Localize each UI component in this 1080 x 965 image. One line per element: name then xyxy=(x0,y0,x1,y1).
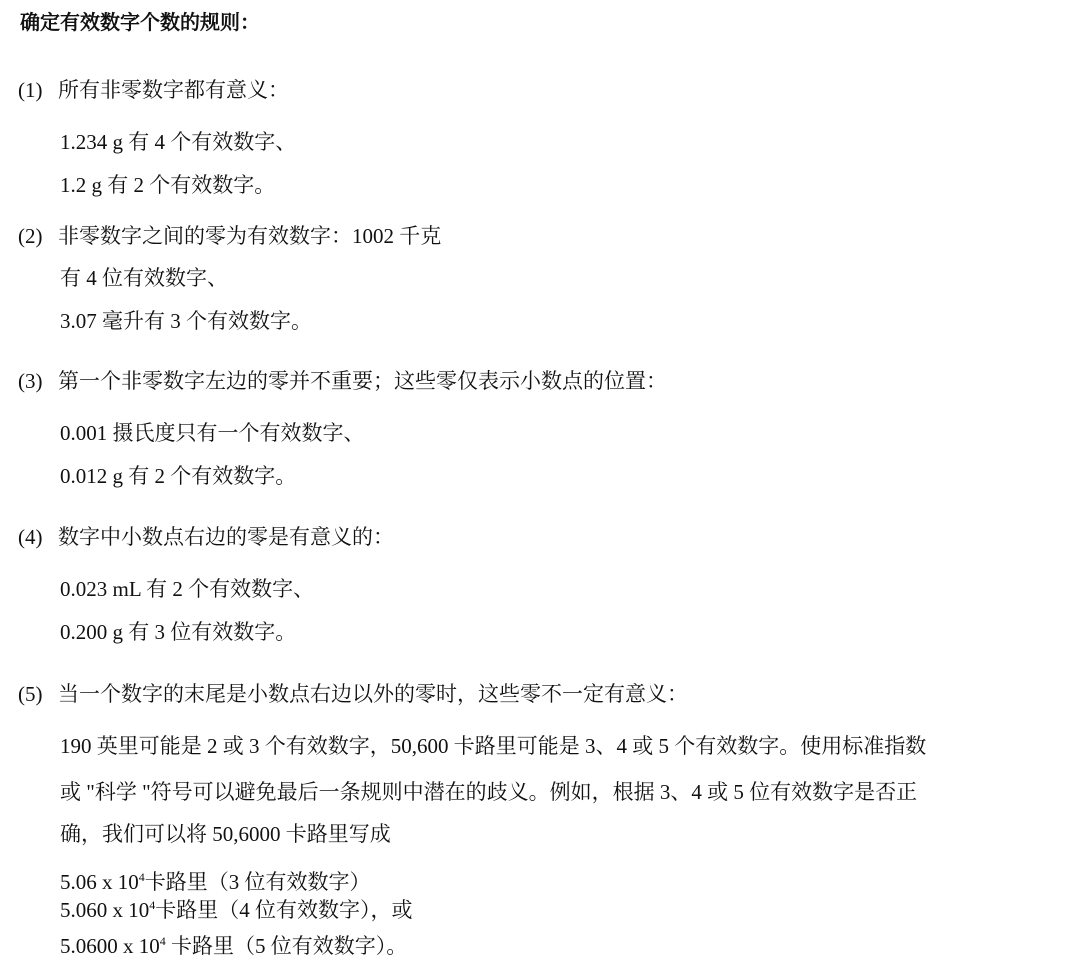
rule-number: (3) xyxy=(18,367,58,395)
rule-1-example-2: 1.2 g 有 2 个有效数字。 xyxy=(60,171,275,199)
rule-number: (5) xyxy=(18,680,58,708)
rule-4-example-2: 0.200 g 有 3 位有效数字。 xyxy=(60,618,296,646)
page-title: 确定有效数字个数的规则： xyxy=(20,8,260,36)
rule-text: 所有非零数字都有意义： xyxy=(58,78,289,102)
formula-3-sig-figs: 5.06 x 104卡路里（3 位有效数字） xyxy=(60,868,371,896)
rule-5-paragraph-line-2: 或 "科学 "符号可以避免最后一条规则中潜在的歧义。例如，根据 3、4 或 5 … xyxy=(60,778,917,806)
rule-number: (4) xyxy=(18,523,58,551)
rule-4-example-1: 0.023 mL 有 2 个有效数字、 xyxy=(60,575,314,603)
formula-description: 卡路里（5 位有效数字）。 xyxy=(166,934,408,958)
formula-description: 卡路里（3 位有效数字） xyxy=(145,870,371,894)
rule-5-paragraph-line-3: 确，我们可以将 50,6000 卡路里写成 xyxy=(60,820,391,848)
rule-text: 当一个数字的末尾是小数点右边以外的零时，这些零不一定有意义： xyxy=(58,682,688,706)
rule-5-heading: (5)当一个数字的末尾是小数点右边以外的零时，这些零不一定有意义： xyxy=(18,680,688,708)
formula-mantissa: 5.0600 x 10 xyxy=(60,934,160,958)
rule-1-example-1: 1.234 g 有 4 个有效数字、 xyxy=(60,128,296,156)
rule-text: 数字中小数点右边的零是有意义的： xyxy=(58,525,394,549)
formula-mantissa: 5.06 x 10 xyxy=(60,870,139,894)
rule-2-heading: (2)非零数字之间的零为有效数字：1002 千克 xyxy=(18,222,441,250)
formula-mantissa: 5.060 x 10 xyxy=(60,898,149,922)
rule-text: 第一个非零数字左边的零并不重要；这些零仅表示小数点的位置： xyxy=(58,369,667,393)
rule-3-heading: (3)第一个非零数字左边的零并不重要；这些零仅表示小数点的位置： xyxy=(18,367,667,395)
rule-1-heading: (1)所有非零数字都有意义： xyxy=(18,76,289,104)
rule-number: (2) xyxy=(18,222,58,250)
rule-2-example-1: 有 4 位有效数字、 xyxy=(60,264,228,292)
rule-2-example-2: 3.07 毫升有 3 个有效数字。 xyxy=(60,307,312,335)
rule-text: 非零数字之间的零为有效数字：1002 千克 xyxy=(58,224,441,248)
rule-3-example-1: 0.001 摄氏度只有一个有效数字、 xyxy=(60,419,365,447)
rule-5-paragraph-line-1: 190 英里可能是 2 或 3 个有效数字，50,600 卡路里可能是 3、4 … xyxy=(60,732,926,760)
rule-4-heading: (4)数字中小数点右边的零是有意义的： xyxy=(18,523,394,551)
rule-number: (1) xyxy=(18,76,58,104)
formula-5-sig-figs: 5.0600 x 104 卡路里（5 位有效数字）。 xyxy=(60,932,407,960)
rule-3-example-2: 0.012 g 有 2 个有效数字。 xyxy=(60,462,296,490)
formula-4-sig-figs: 5.060 x 104卡路里（4 位有效数字），或 xyxy=(60,896,413,924)
formula-description: 卡路里（4 位有效数字），或 xyxy=(155,898,412,922)
